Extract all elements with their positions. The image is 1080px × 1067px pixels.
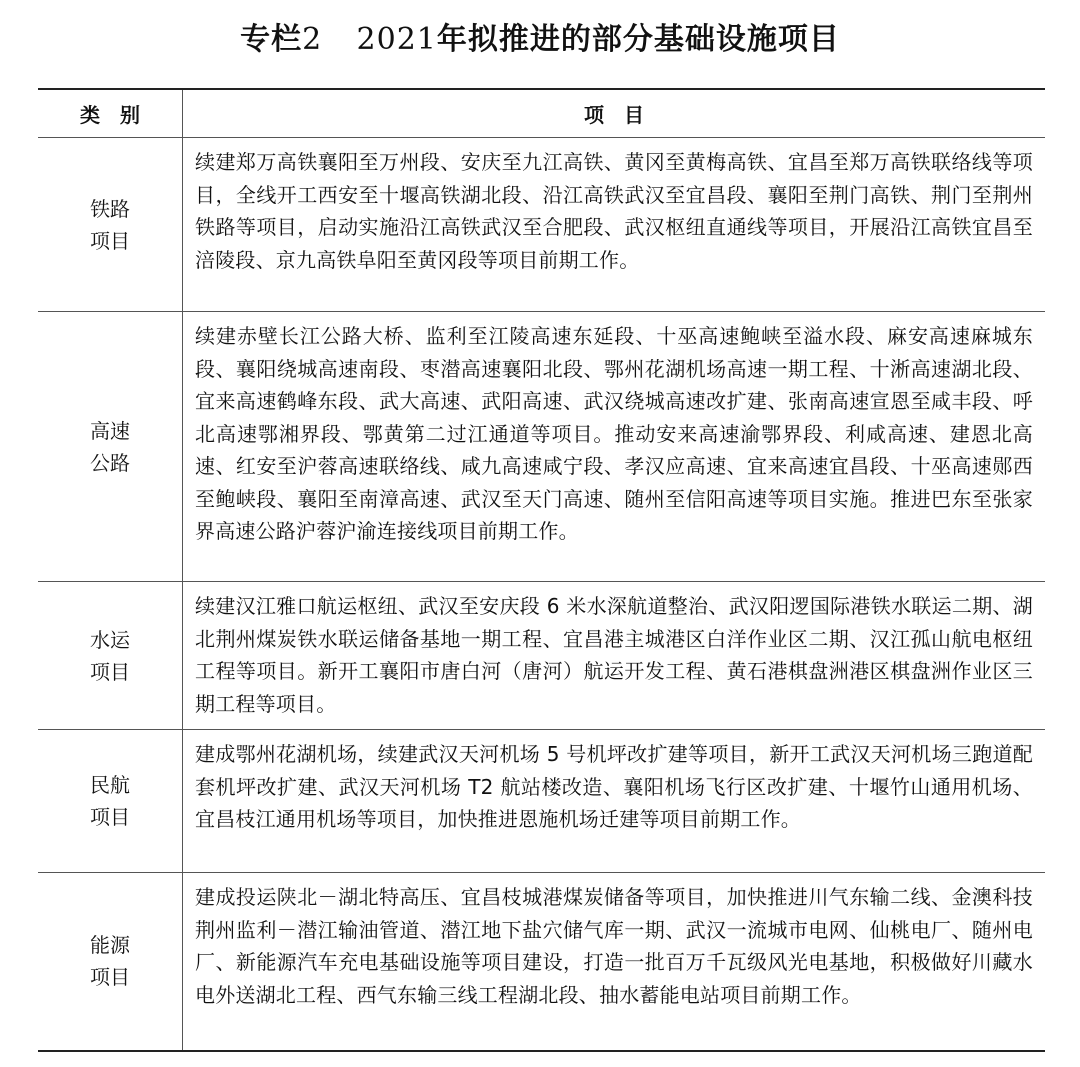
table-row-highway: 高速 公路 续建赤壁长江公路大桥、监利至江陵高速东延段、十巫高速鲍峡至溢水段、麻… [38,312,1045,582]
items-cell: 续建郑万高铁襄阳至万州段、安庆至九江高铁、黄冈至黄梅高铁、宜昌至郑万高铁联络线等… [183,138,1046,312]
category-cell: 能源 项目 [38,873,183,1051]
category-cell: 高速 公路 [38,312,183,582]
category-cell: 铁路 项目 [38,138,183,312]
header-category: 类别 [38,89,183,138]
title-prefix: 专栏 [240,22,302,57]
category-cell: 民航 项目 [38,730,183,873]
items-cell: 建成鄂州花湖机场，续建武汉天河机场 5 号机坪改扩建等项目，新开工武汉天河机场三… [183,730,1046,873]
header-items: 项目 [183,89,1046,138]
items-cell: 建成投运陕北－湖北特高压、宜昌枝城港煤炭储备等项目，加快推进川气东输二线、金澳科… [183,873,1046,1051]
items-cell: 续建汉江雅口航运枢纽、武汉至安庆段 6 米水深航道整治、武汉阳逻国际港铁水联运二… [183,582,1046,730]
page-title: 专栏2 2021年拟推进的部分基础设施项目 [0,14,1080,58]
title-year: 2021 [357,22,437,57]
table-header-row: 类别 项目 [38,89,1045,138]
table-row-aviation: 民航 项目 建成鄂州花湖机场，续建武汉天河机场 5 号机坪改扩建等项目，新开工武… [38,730,1045,873]
title-text: 年拟推进的部分基础设施项目 [437,22,840,57]
category-cell: 水运 项目 [38,582,183,730]
table-row-energy: 能源 项目 建成投运陕北－湖北特高压、宜昌枝城港煤炭储备等项目，加快推进川气东输… [38,873,1045,1051]
title-number: 2 [302,22,322,57]
table-row-railway: 铁路 项目 续建郑万高铁襄阳至万州段、安庆至九江高铁、黄冈至黄梅高铁、宜昌至郑万… [38,138,1045,312]
infrastructure-projects-table: 类别 项目 铁路 项目 续建郑万高铁襄阳至万州段、安庆至九江高铁、黄冈至黄梅高铁… [38,88,1045,1052]
items-cell: 续建赤壁长江公路大桥、监利至江陵高速东延段、十巫高速鲍峡至溢水段、麻安高速麻城东… [183,312,1046,582]
table-row-waterway: 水运 项目 续建汉江雅口航运枢纽、武汉至安庆段 6 米水深航道整治、武汉阳逻国际… [38,582,1045,730]
